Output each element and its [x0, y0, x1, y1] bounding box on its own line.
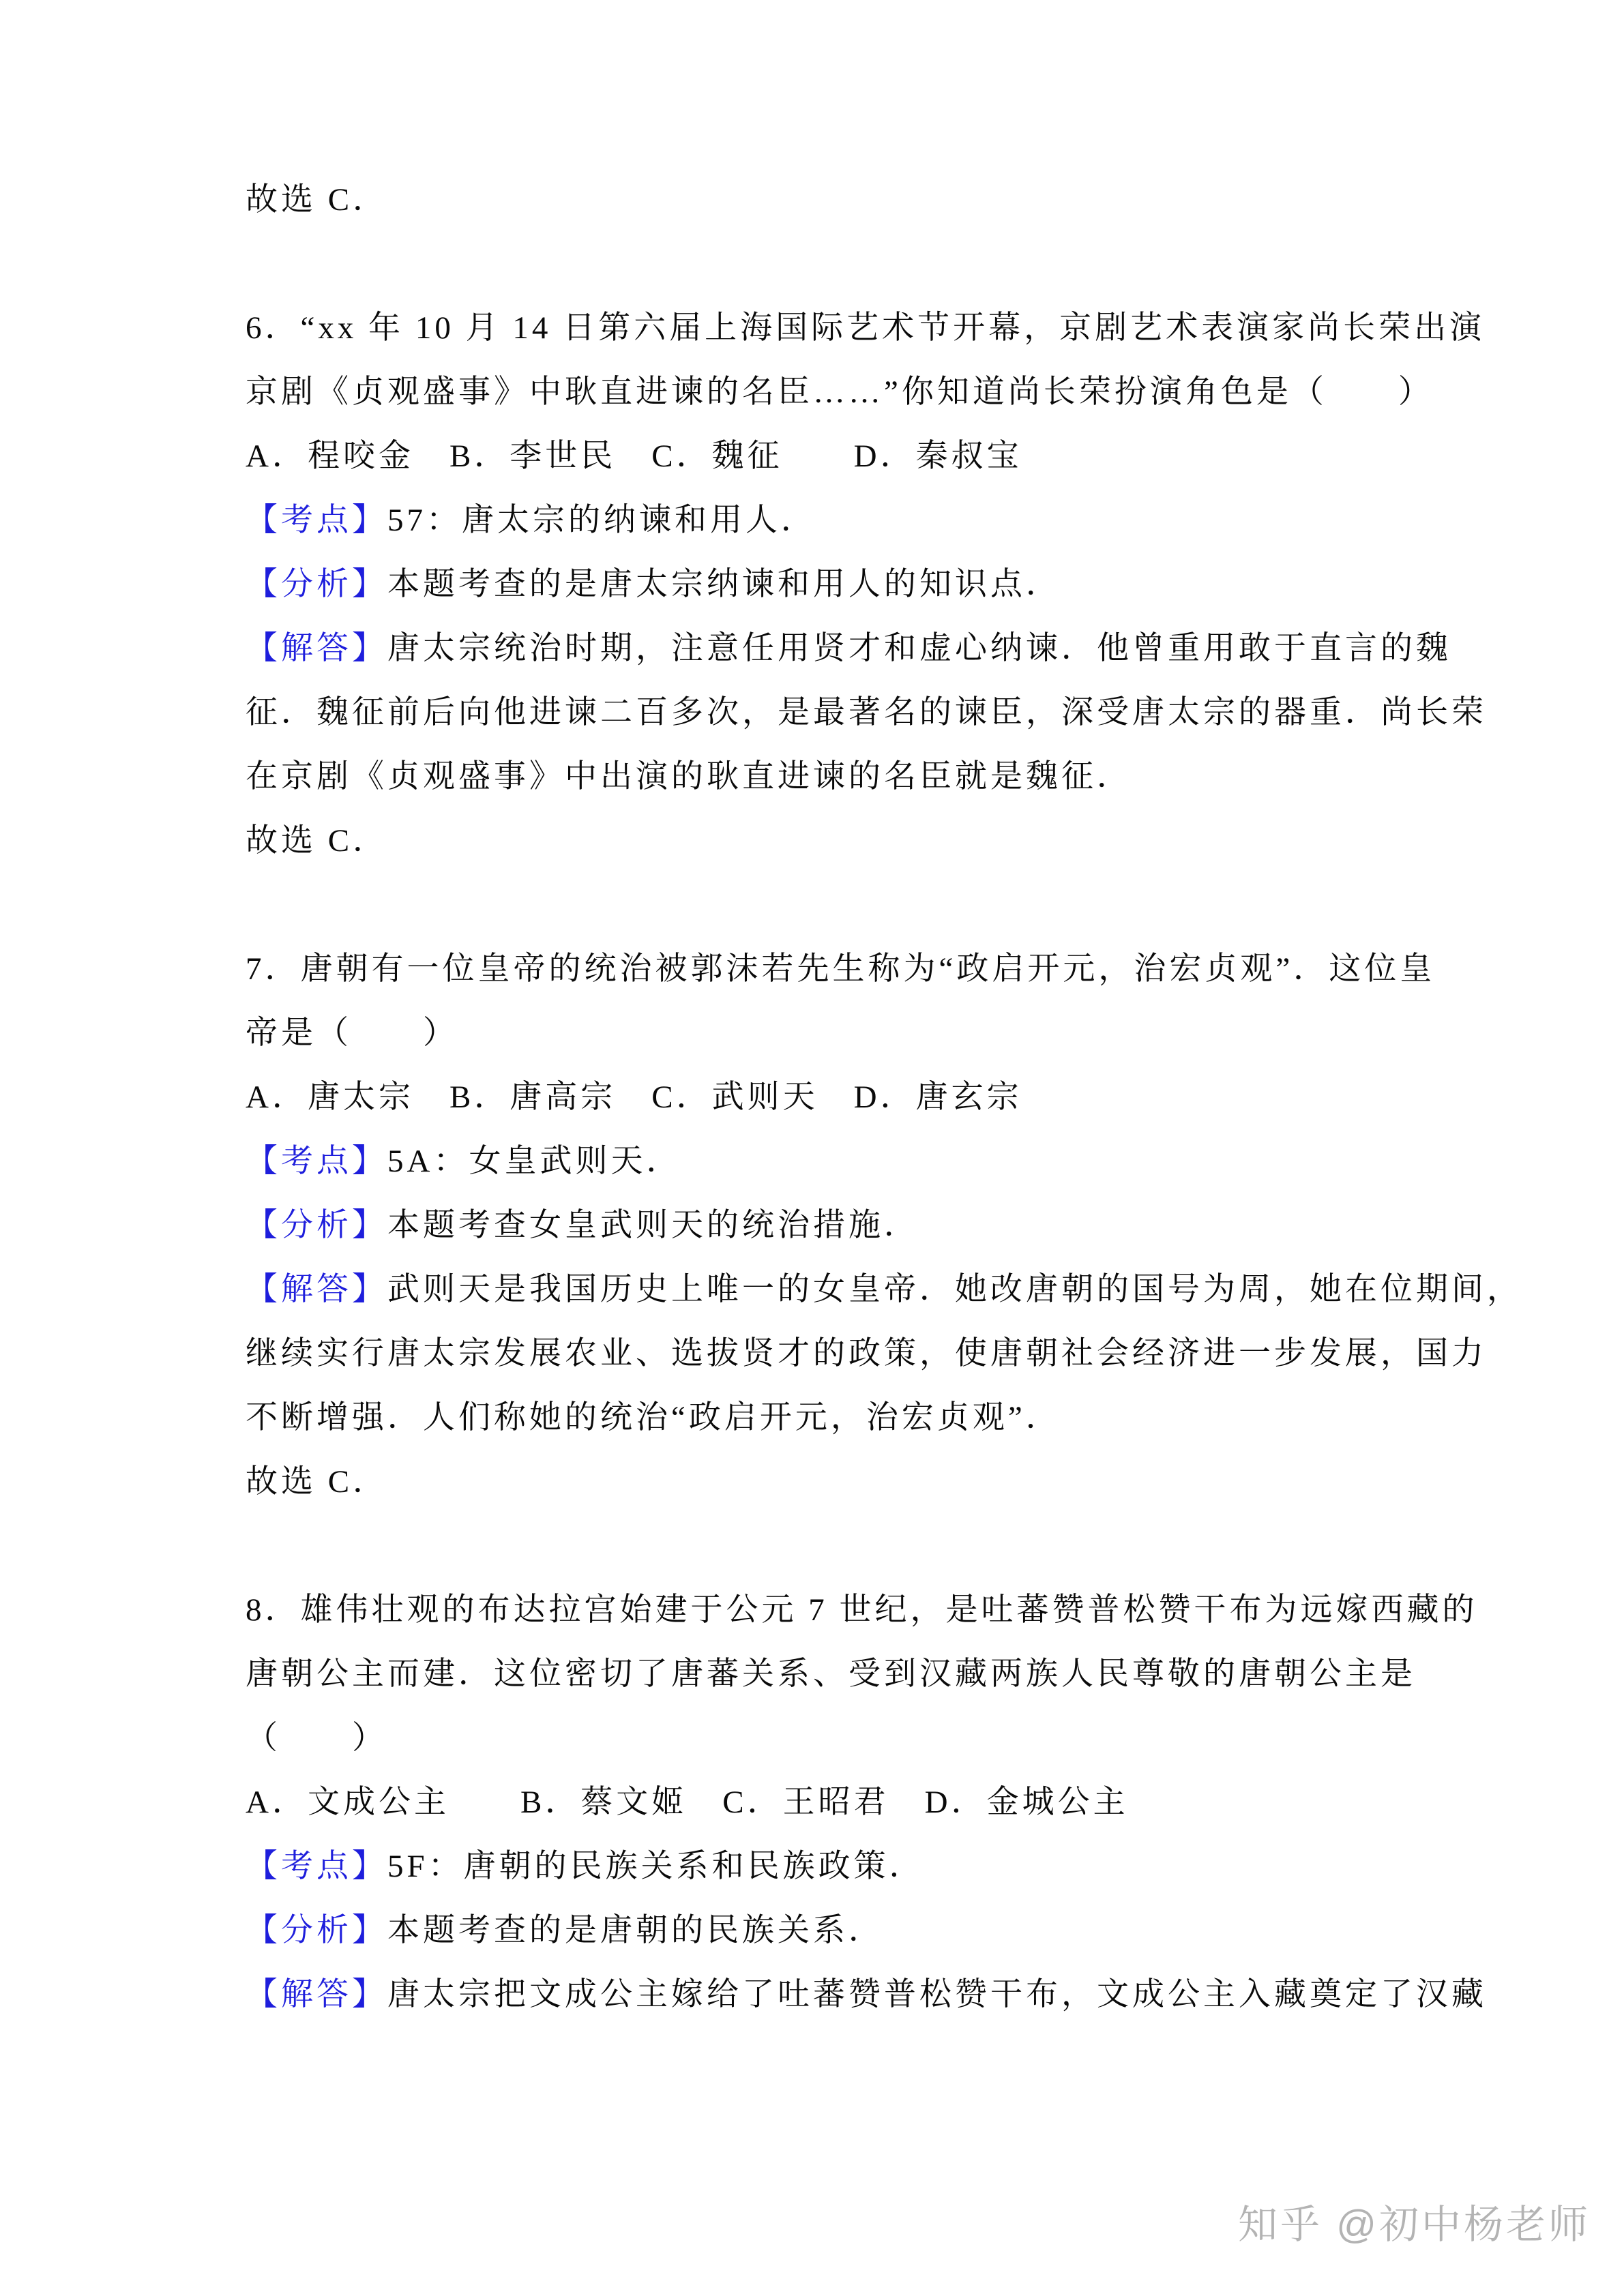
q7-jieda-text-1: 武则天是我国历史上唯一的女皇帝．她改唐朝的国号为周，她在位期间， — [387, 1272, 1522, 1307]
q8-stem-line-3: （ ） — [246, 1706, 1419, 1770]
q8-stem-line-2: 唐朝公主而建．这位密切了唐蕃关系、受到汉藏两族人民尊敬的唐朝公主是 — [246, 1642, 1419, 1706]
q7-conclusion-line: 故选 C． — [246, 1450, 1419, 1514]
q6-jieda-line-1: 【解答】唐太宗统治时期，注意任用贤才和虚心纳谏．他曾重用敢于直言的魏 — [246, 616, 1419, 681]
q8-fenxi-line: 【分析】本题考查的是唐朝的民族关系． — [246, 1898, 1419, 1963]
kaodian-label: 【考点】 — [246, 1849, 387, 1884]
q8-kaodian-text: 5F：唐朝的民族关系和民族政策． — [387, 1849, 925, 1884]
document-content: 故选 C． 6．“xx 年 10 月 14 日第六届上海国际艺术节开幕，京剧艺术… — [246, 168, 1419, 2027]
jieda-label: 【解答】 — [246, 1977, 387, 2012]
kaodian-label: 【考点】 — [246, 1144, 387, 1179]
q6-jieda-line-3: 在京剧《贞观盛事》中出演的耿直进谏的名臣就是魏征． — [246, 745, 1419, 809]
jieda-label: 【解答】 — [246, 631, 387, 666]
q8-jieda-line-1: 【解答】唐太宗把文成公主嫁给了吐蕃赞普松赞干布，文成公主入藏奠定了汉藏 — [246, 1963, 1419, 2027]
conclusion-line: 故选 C． — [246, 168, 1419, 232]
fenxi-label: 【分析】 — [246, 1913, 387, 1948]
q8-options-line: A．文成公主 B．蔡文姬 C．王昭君 D．金城公主 — [246, 1770, 1419, 1834]
section-gap — [246, 1514, 1419, 1578]
q8-jieda-text-1: 唐太宗把文成公主嫁给了吐蕃赞普松赞干布，文成公主入藏奠定了汉藏 — [387, 1977, 1487, 2012]
q6-fenxi-line: 【分析】本题考查的是唐太宗纳谏和用人的知识点． — [246, 552, 1419, 616]
q6-jieda-line-2: 征．魏征前后向他进谏二百多次，是最著名的谏臣，深受唐太宗的器重．尚长荣 — [246, 681, 1419, 745]
q7-jieda-line-1: 【解答】武则天是我国历史上唯一的女皇帝．她改唐朝的国号为周，她在位期间， — [246, 1257, 1419, 1322]
q8-stem-line-1: 8．雄伟壮观的布达拉宫始建于公元 7 世纪，是吐蕃赞普松赞干布为远嫁西藏的 — [246, 1578, 1419, 1642]
q7-stem-line-1: 7．唐朝有一位皇帝的统治被郭沫若先生称为“政启开元，治宏贞观”．这位皇 — [246, 937, 1419, 1001]
q6-fenxi-text: 本题考查的是唐太宗纳谏和用人的知识点． — [387, 567, 1061, 602]
jieda-label: 【解答】 — [246, 1272, 387, 1307]
section-gap — [246, 232, 1419, 296]
section-gap — [246, 873, 1419, 937]
fenxi-label: 【分析】 — [246, 1208, 387, 1243]
q6-jieda-text-1: 唐太宗统治时期，注意任用贤才和虚心纳谏．他曾重用敢于直言的魏 — [387, 631, 1451, 666]
q8-fenxi-text: 本题考查的是唐朝的民族关系． — [387, 1913, 884, 1948]
document-page: 故选 C． 6．“xx 年 10 月 14 日第六届上海国际艺术节开幕，京剧艺术… — [0, 0, 1624, 2296]
q7-options-line: A．唐太宗 B．唐高宗 C．武则天 D．唐玄宗 — [246, 1065, 1419, 1129]
q7-fenxi-text: 本题考查女皇武则天的统治措施． — [387, 1208, 919, 1243]
q6-conclusion-line: 故选 C． — [246, 809, 1419, 873]
q7-jieda-line-3: 不断增强．人们称她的统治“政启开元，治宏贞观”． — [246, 1386, 1419, 1450]
fenxi-label: 【分析】 — [246, 567, 387, 602]
q7-fenxi-line: 【分析】本题考查女皇武则天的统治措施． — [246, 1193, 1419, 1257]
zhihu-watermark: 知乎 @初中杨老师 — [1238, 2201, 1591, 2249]
q7-kaodian-text: 5A：女皇武则天． — [387, 1144, 681, 1179]
q6-stem-line-2: 京剧《贞观盛事》中耿直进谏的名臣……”你知道尚长荣扮演角色是（ ） — [246, 360, 1419, 424]
q6-options-line: A．程咬金 B．李世民 C．魏征 D．秦叔宝 — [246, 424, 1419, 488]
kaodian-label: 【考点】 — [246, 503, 387, 538]
q6-kaodian-text: 57：唐太宗的纳谏和用人． — [387, 503, 816, 538]
q7-jieda-line-2: 继续实行唐太宗发展农业、选拔贤才的政策，使唐朝社会经济进一步发展，国力 — [246, 1322, 1419, 1386]
q7-kaodian-line: 【考点】5A：女皇武则天． — [246, 1129, 1419, 1193]
q7-stem-line-2: 帝是（ ） — [246, 1001, 1419, 1065]
q6-stem-line-1: 6．“xx 年 10 月 14 日第六届上海国际艺术节开幕，京剧艺术表演家尚长荣… — [246, 296, 1419, 360]
q6-kaodian-line: 【考点】57：唐太宗的纳谏和用人． — [246, 488, 1419, 552]
q8-kaodian-line: 【考点】5F：唐朝的民族关系和民族政策． — [246, 1834, 1419, 1898]
